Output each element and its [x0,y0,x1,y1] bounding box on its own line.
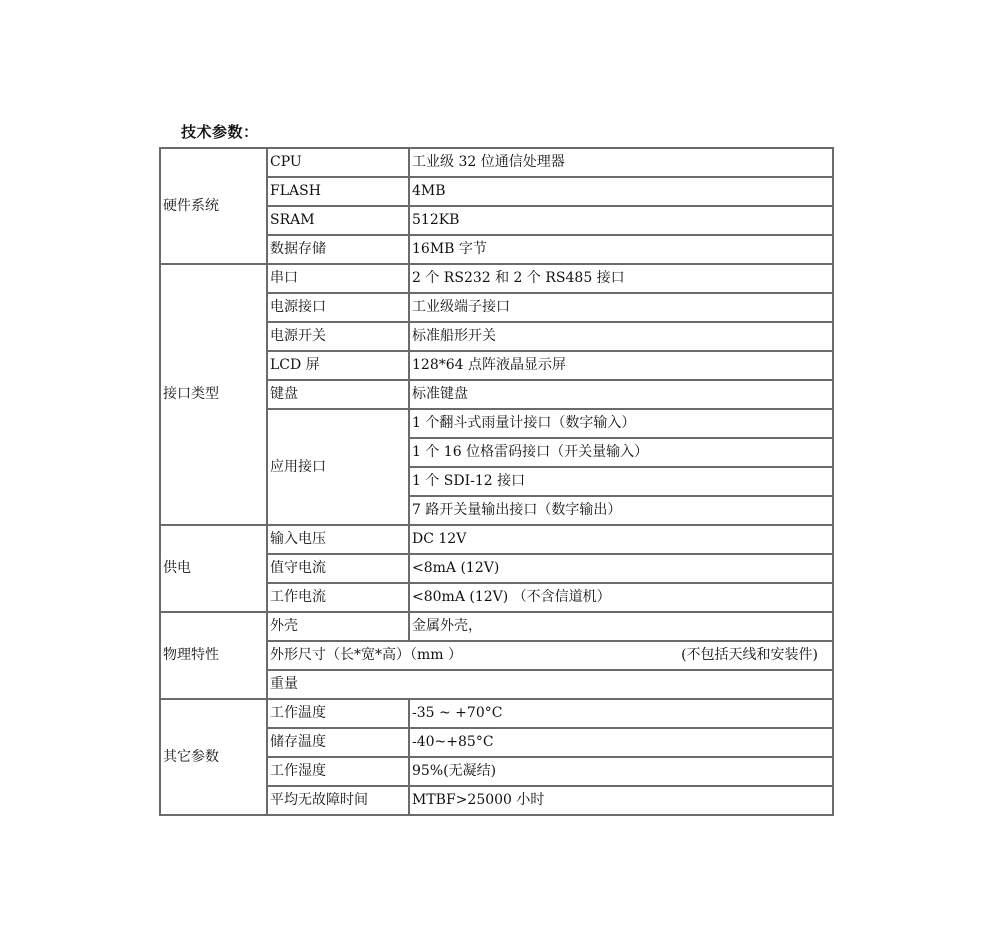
param-value: -35 ~ +70°C [409,699,833,728]
param-key: 数据存储 [267,235,409,264]
param-key: 工作温度 [267,699,409,728]
param-key: 电源开关 [267,322,409,351]
param-key: 工作湿度 [267,757,409,786]
param-value: 128*64 点阵液晶显示屏 [409,351,833,380]
group-label: 供电 [160,525,267,612]
dimension-note: (不包括天线和安装件) [681,642,818,669]
spec-table: 硬件系统 CPU 工业级 32 位通信处理器 FLASH 4MB SRAM 51… [159,147,834,816]
param-value: 金属外壳， [409,612,833,641]
param-key: 外壳 [267,612,409,641]
param-key: 串口 [267,264,409,293]
table-row: 物理特性 外壳 金属外壳， [160,612,833,641]
param-key: 工作电流 [267,583,409,612]
param-value: 工业级端子接口 [409,293,833,322]
group-label: 接口类型 [160,264,267,525]
group-label: 硬件系统 [160,148,267,264]
param-key-wide: 外形尺寸（长*宽*高）（mm ） (不包括天线和安装件) [267,641,833,670]
param-key: SRAM [267,206,409,235]
param-key: 电源接口 [267,293,409,322]
param-value: 1 个翻斗式雨量计接口（数字输入） [409,409,833,438]
table-row: 硬件系统 CPU 工业级 32 位通信处理器 [160,148,833,177]
param-value: 标准船形开关 [409,322,833,351]
table-row: 供电 输入电压 DC 12V [160,525,833,554]
param-key: 输入电压 [267,525,409,554]
param-value: 16MB 字节 [409,235,833,264]
param-value: <8mA (12V) [409,554,833,583]
param-key: FLASH [267,177,409,206]
param-value: DC 12V [409,525,833,554]
param-value: 95%(无凝结) [409,757,833,786]
param-value: 标准键盘 [409,380,833,409]
table-row: 其它参数 工作温度 -35 ~ +70°C [160,699,833,728]
section-title: 技术参数： [181,121,259,142]
param-value: <80mA (12V) （不含信道机） [409,583,833,612]
group-label: 物理特性 [160,612,267,699]
param-value: -40~+85°C [409,728,833,757]
dimension-label: 外形尺寸（长*宽*高）（mm ） [270,642,462,669]
param-key: 储存温度 [267,728,409,757]
param-key: 值守电流 [267,554,409,583]
param-value: 2 个 RS232 和 2 个 RS485 接口 [409,264,833,293]
param-value: 1 个 SDI-12 接口 [409,467,833,496]
group-label: 其它参数 [160,699,267,815]
param-key: LCD 屏 [267,351,409,380]
param-value: 7 路开关量输出接口（数字输出） [409,496,833,525]
param-value: MTBF>25000 小时 [409,786,833,815]
param-key: 键盘 [267,380,409,409]
param-key: 平均无故障时间 [267,786,409,815]
param-value: 4MB [409,177,833,206]
param-key: 应用接口 [267,409,409,525]
table-row: 接口类型 串口 2 个 RS232 和 2 个 RS485 接口 [160,264,833,293]
param-key-wide: 重量 [267,670,833,699]
param-value: 512KB [409,206,833,235]
param-value: 工业级 32 位通信处理器 [409,148,833,177]
param-value: 1 个 16 位格雷码接口（开关量输入） [409,438,833,467]
param-key: CPU [267,148,409,177]
